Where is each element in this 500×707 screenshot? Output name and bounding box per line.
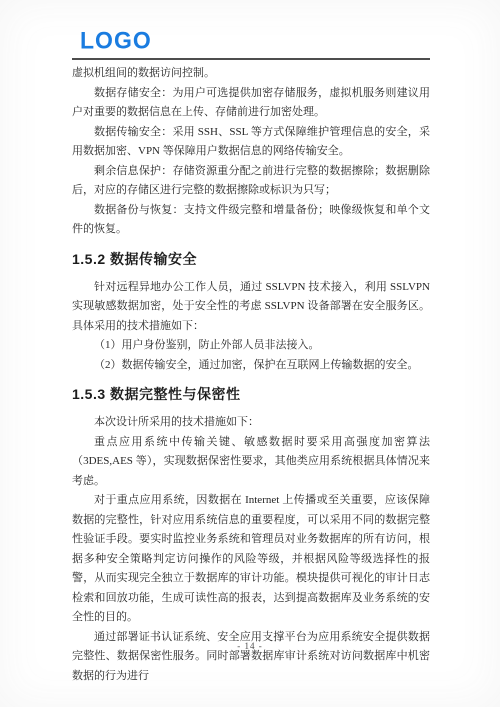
list-item: （1）用户身份鉴别，防止外部人员非法接入。: [72, 336, 430, 356]
company-logo: LOGO: [80, 26, 152, 53]
paragraph: 数据存储安全：为用户可选提供加密存储服务，虚拟机服务则建议用户对重要的数据信息在…: [72, 84, 430, 123]
paragraph: 数据传输安全：采用 SSH、SSL 等方式保障维护管理信息的安全，采用数据加密、…: [72, 123, 430, 162]
paragraph: 对于重点应用系统，因数据在 Internet 上传播或至关重要，应该保障数据的完…: [72, 491, 430, 628]
paragraph: 数据备份与恢复：支持文件级完整和增量备份；映像级恢复和单个文件的恢复。: [72, 201, 430, 240]
paragraph: 剩余信息保护：存储资源重分配之前进行完整的数据擦除；数据删除后，对应的存储区进行…: [72, 162, 430, 201]
document-body: 虚拟机组间的数据访问控制。 数据存储安全：为用户可选提供加密存储服务，虚拟机服务…: [72, 64, 430, 686]
list-item: （2）数据传输安全，通过加密，保护在互联网上传输数据的安全。: [72, 356, 430, 376]
section-heading-1-5-2: 1.5.2 数据传输安全: [72, 249, 430, 269]
paragraph: 针对远程异地办公工作人员，通过 SSLVPN 技术接入，利用 SSLVPN 实现…: [72, 278, 430, 337]
section-heading-1-5-3: 1.5.3 数据完整性与保密性: [72, 384, 430, 404]
paragraph: 本次设计所采用的技术措施如下：: [72, 413, 430, 433]
header-divider: [72, 58, 430, 60]
paragraph: 虚拟机组间的数据访问控制。: [72, 64, 430, 84]
document-page: LOGO 虚拟机组间的数据访问控制。 数据存储安全：为用户可选提供加密存储服务，…: [0, 0, 500, 707]
paragraph: 通过部署证书认证系统、安全应用支撑平台为应用系统安全提供数据完整性、数据保密性服…: [72, 628, 430, 687]
paragraph: 重点应用系统中传输关键、敏感数据时要采用高强度加密算法（3DES,AES 等），…: [72, 433, 430, 492]
page-header: LOGO: [72, 0, 430, 68]
page-number: - 14 -: [0, 641, 500, 651]
